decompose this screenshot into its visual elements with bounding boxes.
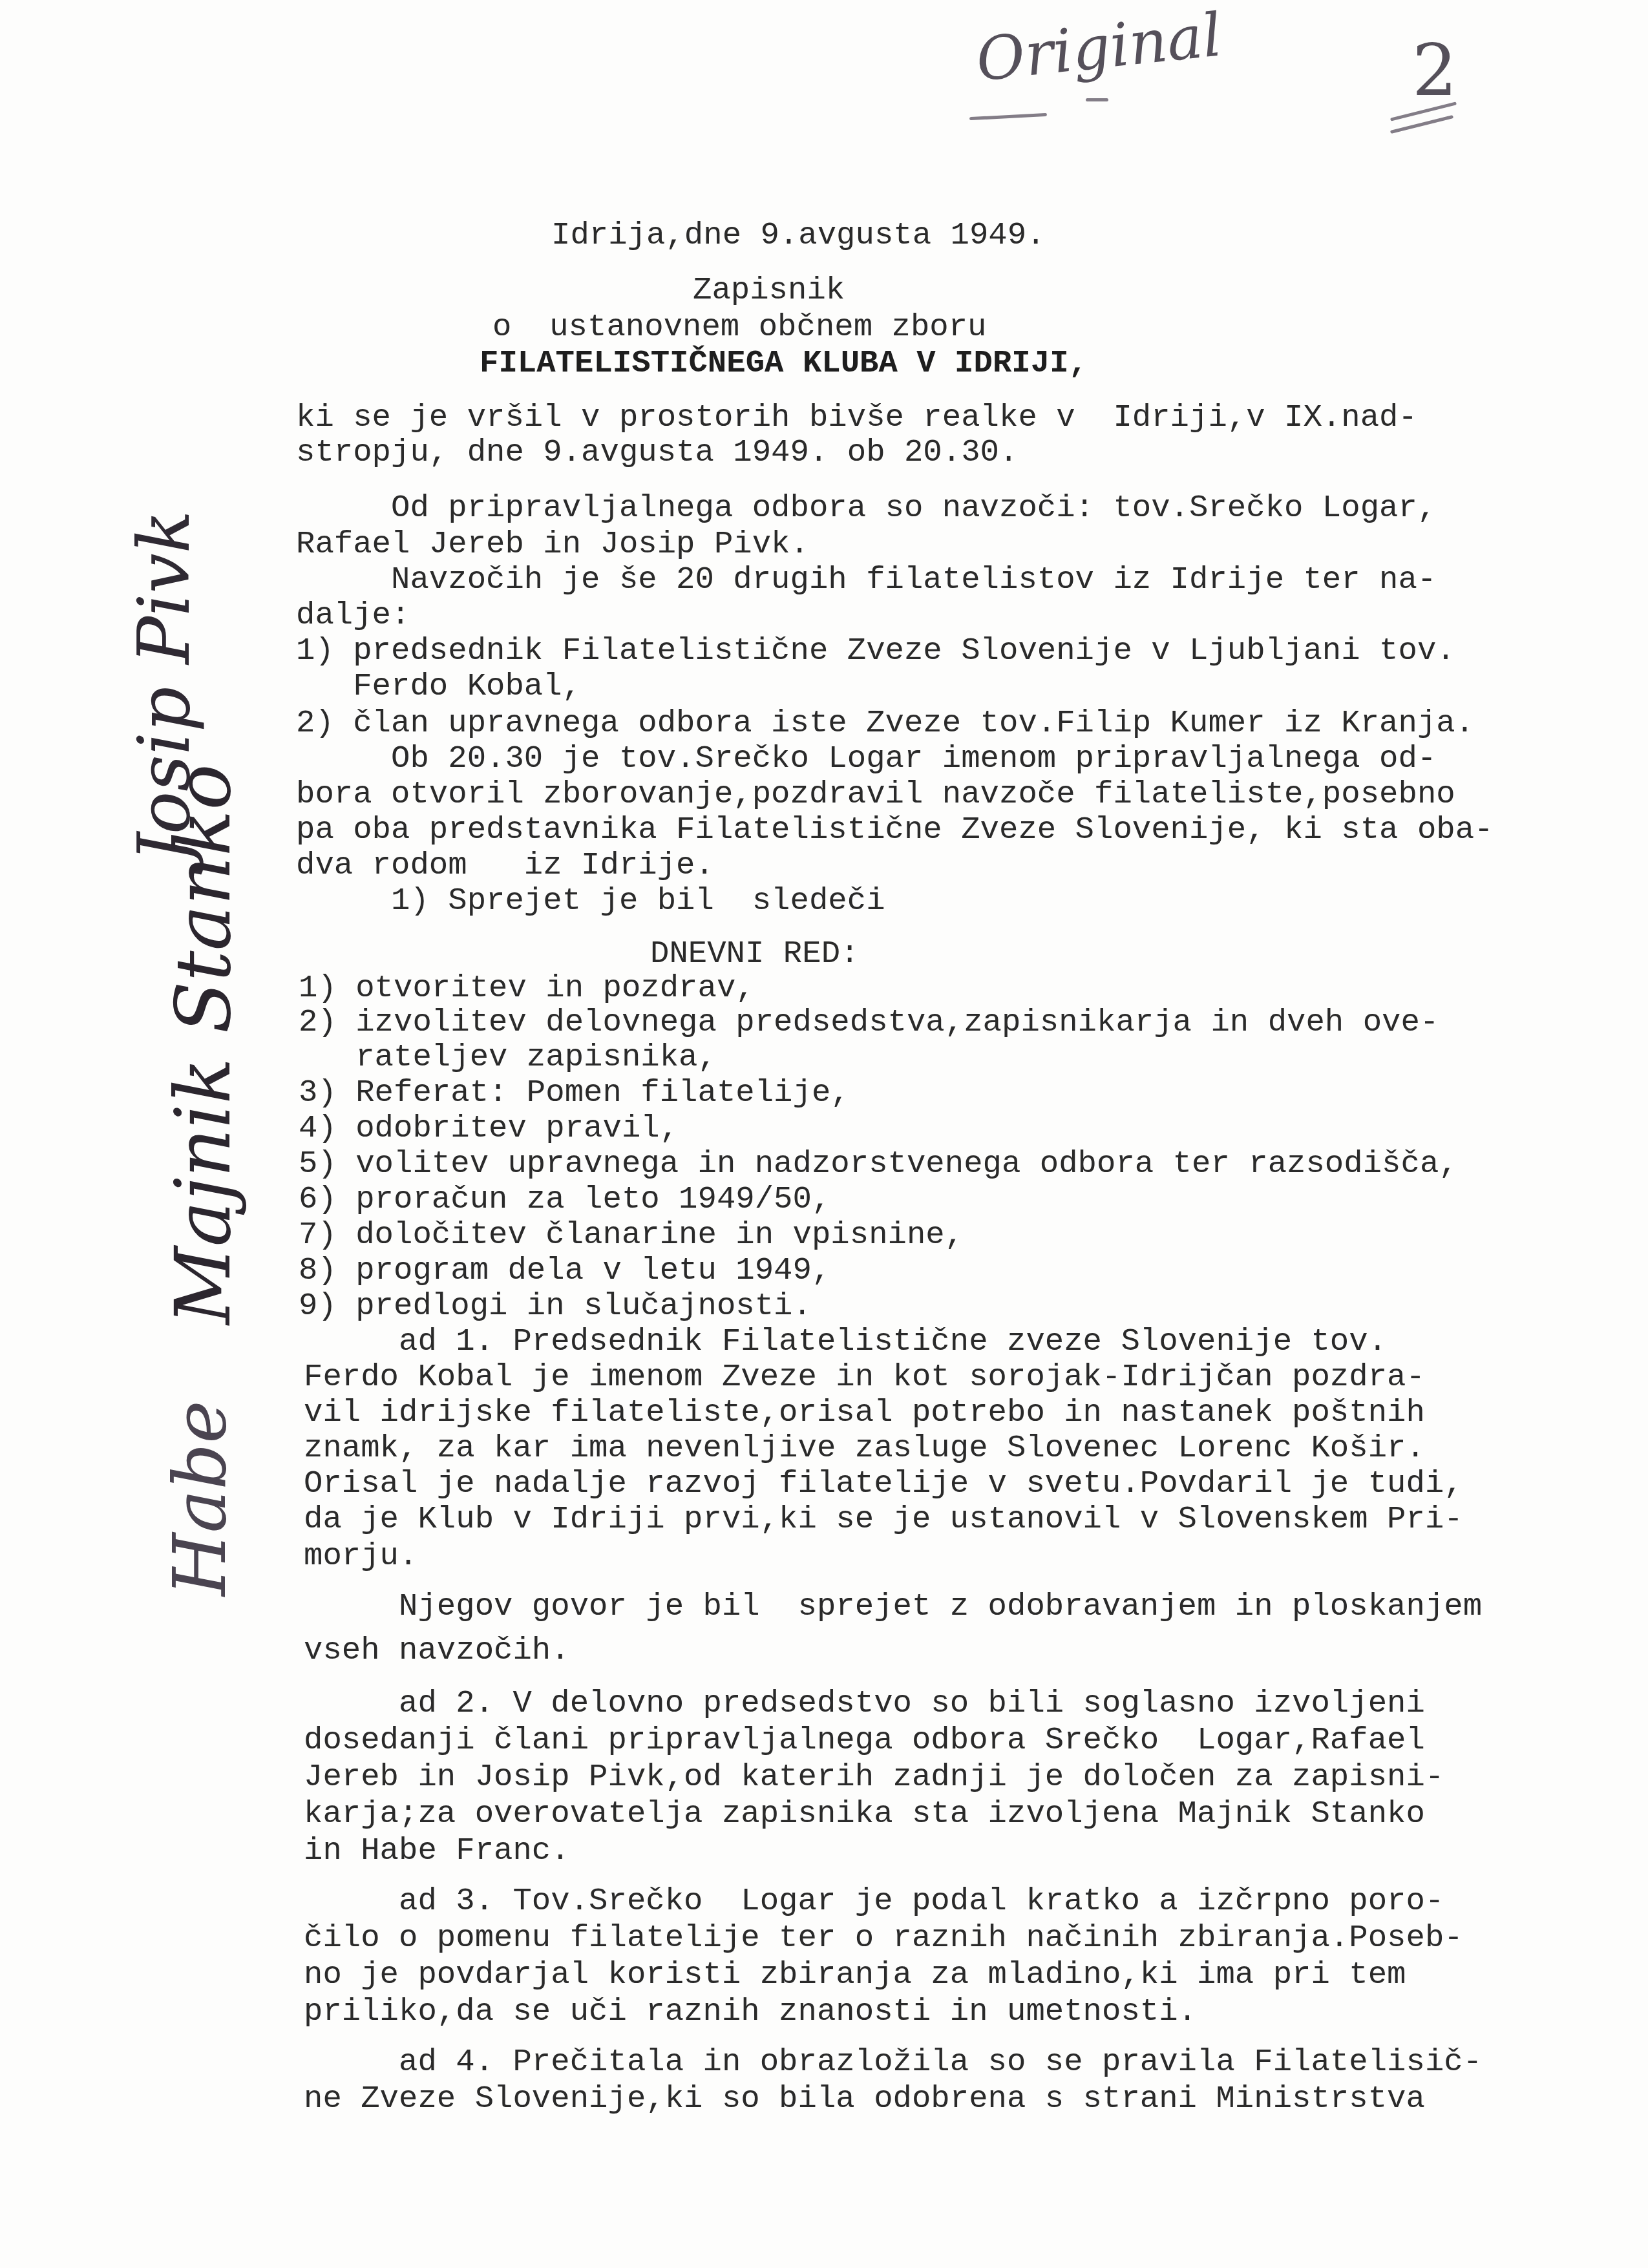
- text-line: da je Klub v Idriji prvi,ki se je ustano…: [304, 1504, 1463, 1535]
- text-line: ki se je vršil v prostorih bivše realke …: [296, 402, 1417, 434]
- text-line: 1) predsednik Filatelistične Zveze Slove…: [296, 635, 1455, 667]
- text-line: in Habe Franc.: [304, 1835, 570, 1867]
- text-line: Navzočih je še 20 drugih filatelistov iz…: [296, 564, 1436, 596]
- text-line: ad 2. V delovno predsedstvo so bili sogl…: [304, 1688, 1425, 1719]
- text-line: 2) član upravnega odbora iste Zveze tov.…: [296, 708, 1474, 739]
- agenda-item: 7) določitev članarine in vpisnine,: [299, 1219, 964, 1251]
- text-line: Ferdo Kobal,: [296, 671, 581, 702]
- agenda-item: 6) proračun za leto 1949/50,: [299, 1184, 830, 1215]
- text-line: Rafael Jereb in Josip Pivk.: [296, 529, 809, 560]
- text-line: Jereb in Josip Pivk,od katerih zadnji je…: [304, 1761, 1444, 1793]
- text-line: ad 1. Predsednik Filatelistične zveze Sl…: [304, 1326, 1387, 1358]
- text-line: čilo o pomenu filatelije ter o raznih na…: [304, 1922, 1463, 1954]
- text-line: ad 3. Tov.Srečko Logar je podal kratko a…: [304, 1885, 1444, 1917]
- agenda-heading: DNEVNI RED:: [650, 938, 859, 970]
- text-line: no je povdarjal koristi zbiranja za mlad…: [304, 1959, 1406, 1991]
- text-line: ad 4. Prečitala in obrazložila so se pra…: [304, 2046, 1482, 2078]
- text-line: karja;za overovatelja zapisnika sta izvo…: [304, 1798, 1425, 1830]
- text-line: Od pripravljalnega odbora so navzoči: to…: [296, 492, 1436, 524]
- margin-signature-3: Habe: [158, 1401, 242, 1596]
- handwritten-page-number: 2: [1412, 29, 1457, 112]
- handwritten-original-note: Original: [973, 0, 1225, 94]
- agenda-item: 8) program dela v letu 1949,: [299, 1255, 830, 1286]
- text-line: Ferdo Kobal je imenom Zveze in kot soroj…: [304, 1361, 1425, 1393]
- original-underline: [969, 113, 1047, 120]
- text-line: pa oba predstavnika Filatelistične Zveze…: [296, 814, 1494, 846]
- margin-signature-2: Majnik Stanko: [158, 764, 248, 1325]
- text-line: dva rodom iz Idrije.: [296, 850, 714, 881]
- place-date: Idrija,dne 9.avgusta 1949.: [551, 220, 1046, 251]
- text-line: Orisal je nadalje razvoj filatelije v sv…: [304, 1468, 1463, 1500]
- text-line: dosedanji člani pripravljalnega odbora S…: [304, 1725, 1425, 1756]
- agenda-item: 3) Referat: Pomen filatelije,: [299, 1077, 850, 1109]
- text-line: vil idrijske filateliste,orisal potrebo …: [304, 1397, 1425, 1429]
- text-line: morju.: [304, 1540, 417, 1572]
- agenda-item: rateljev zapisnika,: [299, 1042, 717, 1073]
- agenda-item: 1) otvoritev in pozdrav,: [299, 972, 755, 1004]
- text-line: znamk, za kar ima nevenljive zasluge Slo…: [304, 1433, 1425, 1464]
- text-line: 1) Sprejet je bil sledeči: [296, 885, 885, 917]
- agenda-item: 9) predlogi in slučajnosti.: [299, 1290, 812, 1322]
- text-line: bora otvoril zborovanje,pozdravil navzoč…: [296, 779, 1455, 810]
- text-line: priliko,da se uči raznih znanosti in ume…: [304, 1996, 1197, 2028]
- agenda-item: 5) volitev upravnega in nadzorstvenega o…: [299, 1148, 1458, 1180]
- agenda-item: 4) odobritev pravil,: [299, 1113, 679, 1144]
- text-line: ne Zveze Slovenije,ki so bila odobrena s…: [304, 2083, 1425, 2115]
- text-line: dalje:: [296, 600, 410, 631]
- text-line: Ob 20.30 je tov.Srečko Logar imenom prip…: [296, 743, 1436, 775]
- document-page: Original 2 Idrija,dne 9.avgusta 1949. Za…: [0, 0, 1648, 2268]
- document-title: Zapisnik: [693, 275, 845, 306]
- original-underline-dash: [1086, 98, 1108, 101]
- club-name: FILATELISTIČNEGA KLUBA V IDRIJI,: [480, 348, 1088, 379]
- text-line: Njegov govor je bil sprejet z odobravanj…: [304, 1591, 1482, 1622]
- agenda-item: 2) izvolitev delovnega predsedstva,zapis…: [299, 1007, 1439, 1038]
- text-line: stropju, dne 9.avgusta 1949. ob 20.30.: [296, 437, 1018, 468]
- document-subtitle: o ustanovnem občnem zboru: [492, 311, 987, 343]
- text-line: vseh navzočih.: [304, 1635, 570, 1666]
